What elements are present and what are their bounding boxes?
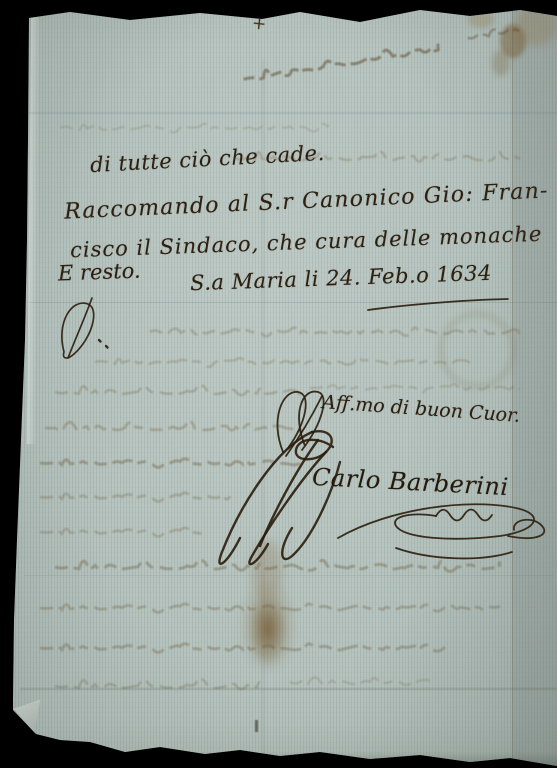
valediction-flourish bbox=[277, 392, 323, 456]
date-underline bbox=[368, 299, 508, 310]
seal-ghost-ring bbox=[441, 314, 513, 386]
signature-initial-flourish bbox=[219, 431, 340, 564]
faded-docket-note bbox=[242, 26, 521, 83]
paper-sheet: + di tutte ciò che cade. Raccomando al S… bbox=[0, 0, 557, 768]
ink-flourishes bbox=[62, 298, 544, 564]
dateline-year: 1634 bbox=[436, 261, 492, 287]
handwriting-overlay bbox=[0, 0, 557, 768]
letter-photograph: + di tutte ciò che cade. Raccomando al S… bbox=[0, 0, 557, 768]
paraph-flourish bbox=[62, 298, 108, 358]
letter-line-4: E resto. bbox=[58, 259, 141, 286]
signature-swash bbox=[338, 504, 544, 558]
invocation-cross-mark: + bbox=[251, 13, 267, 34]
